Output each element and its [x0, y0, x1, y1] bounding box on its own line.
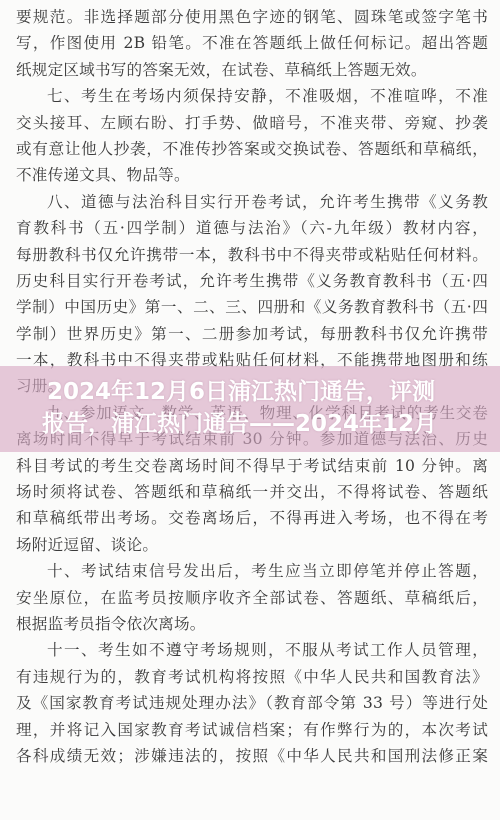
- text-line: 和草稿纸带出考场。交卷离场后，不得再进入考场，也不得在考: [16, 505, 488, 531]
- paragraph-start-line-8: 八、道德与法治科目实行开卷考试，允许考生携带《义务教: [16, 189, 488, 215]
- overlay-title-line-1: 2024年12月6日浦江热门通告，评测: [47, 377, 435, 407]
- text-line: 场时须将试卷、答题纸和草稿纸一并交出，不得将试卷、答题纸: [16, 479, 488, 505]
- text-line: 安坐原位，在监考员按顺序收齐全部试卷、答题纸、草稿纸后，: [16, 585, 488, 611]
- overlay-title-line-2: 报告，浦江热门通告——2024年12月: [42, 409, 437, 439]
- text-line: 或有意让他人抄袭，不准传抄答案或交换试卷、答题纸和草稿纸，: [16, 136, 488, 162]
- text-line: 育教科书（五·四学制）道德与法治》（六-九年级）教材内容，: [16, 215, 488, 241]
- text-line: 及《国家教育考试违规处理办法》（教育部令第 33 号）等进行处: [16, 690, 488, 716]
- page-bottom-margin: [0, 800, 500, 820]
- text-line: 场附近逗留、谈论。: [16, 532, 488, 558]
- paragraph-start-line-7: 七、考生在考场内须保持安静，不准吸烟，不准喧哗，不准: [16, 83, 488, 109]
- text-line: 不准传递文具、物品等。: [16, 162, 488, 188]
- text-line: 有违规行为的，教育考试机构将按照《中华人民共和国教育法》: [16, 664, 488, 690]
- text-line: 学制）中国历史》第一、二、三、四册和《义务教育教科书（五·四: [16, 294, 488, 320]
- text-line: 各科成绩无效；涉嫌违法的，按照《中华人民共和国刑法修正案: [16, 743, 488, 769]
- text-line: 根据监考员指令依次离场。: [16, 611, 488, 637]
- paragraph-start-line-10: 十、考试结束信号发出后，考生应当立即停笔并停止答题，: [16, 558, 488, 584]
- text-line: 学制）世界历史》第一、二册参加考试，每册教科书仅允许携带: [16, 321, 488, 347]
- text-line: 写，作图使用 2B 铅笔。不准在答题纸上做任何标记。超出答题: [16, 30, 488, 56]
- overlay-title: 2024年12月6日浦江热门通告，评测 报告，浦江热门通告——2024年12月: [0, 366, 500, 452]
- paragraph-start-line-11: 十一、考生如不遵守考场规则，不服从考试工作人员管理，: [16, 637, 488, 663]
- text-line: 纸规定区域书写的答案无效，在试卷、草稿纸上答题无效。: [16, 57, 488, 83]
- text-line: 每册教科书仅允许携带一本，教科书中不得夹带或粘贴任何材料。: [16, 242, 488, 268]
- text-line: 要规范。非选择题部分使用黑色字迹的钢笔、圆珠笔或签字笔书: [16, 4, 488, 30]
- text-line: 交头接耳、左顾右盼、打手势、做暗号，不准夹带、旁窥、抄袭: [16, 110, 488, 136]
- text-line: 历史科目实行开卷考试，允许考生携带《义务教育教科书（五·四: [16, 268, 488, 294]
- text-line: 科目考试的考生交卷离场时间不得早于考试结束前 10 分钟。离: [16, 453, 488, 479]
- text-line: 理，并将记入国家教育考试诚信档案；有作弊行为的，本次考试: [16, 717, 488, 743]
